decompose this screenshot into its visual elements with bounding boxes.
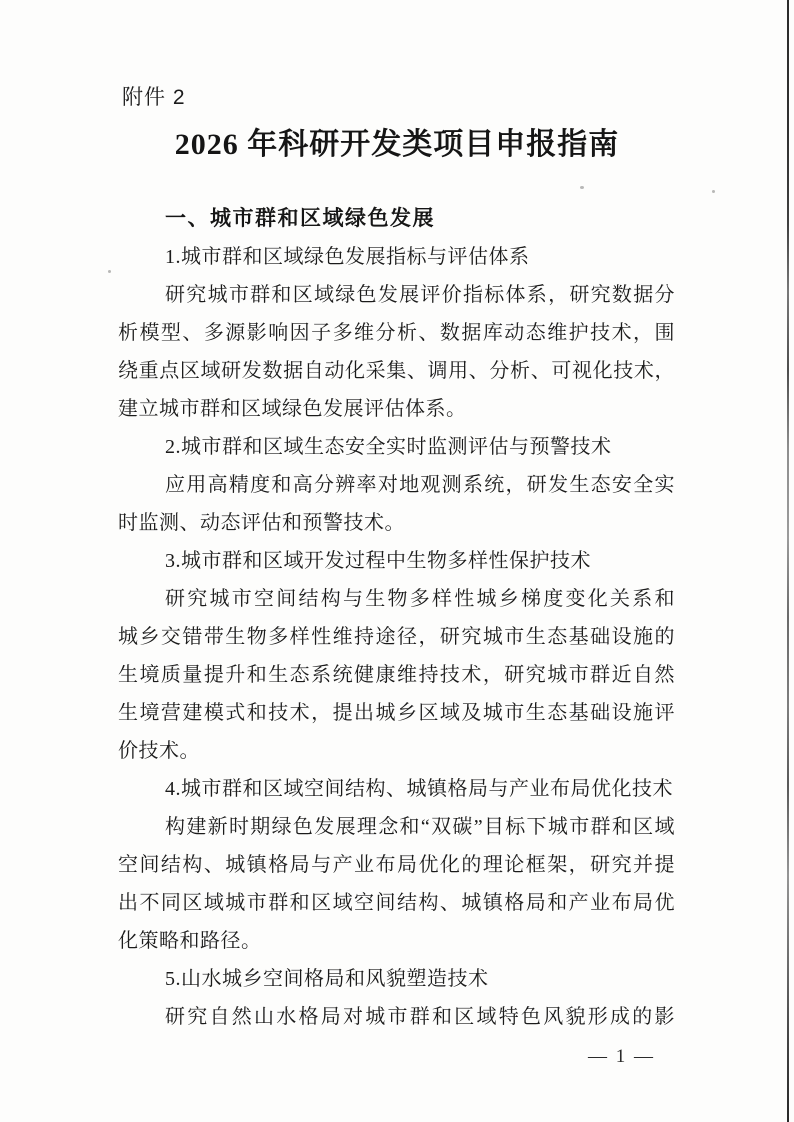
body-line: 研究自然山水格局对城市群和区域特色风貌形成的影 <box>118 998 675 1036</box>
attachment-label: 附件 2 <box>122 84 186 112</box>
body-line: 研究城市群和区域绿色发展评价指标体系，研究数据分 <box>118 276 675 314</box>
body-line: 绕重点区域研发数据自动化采集、调用、分析、可视化技术， <box>118 352 675 390</box>
scan-speck <box>712 190 715 193</box>
body-line: 时监测、动态评估和预警技术。 <box>118 504 675 542</box>
body-line: 研究城市空间结构与生物多样性城乡梯度变化关系和 <box>118 580 675 618</box>
body-line: 析模型、多源影响因子多维分析、数据库动态维护技术，围 <box>118 314 675 352</box>
body-line: 空间结构、城镇格局与产业布局优化的理论框架，研究并提 <box>118 846 675 884</box>
body-line: 生境营建模式和技术，提出城乡区域及城市生态基础设施评 <box>118 694 675 732</box>
scan-edge-artifact <box>787 0 789 1122</box>
body-line: 建立城市群和区域绿色发展评估体系。 <box>118 390 675 428</box>
item-heading: 4.城市群和区域空间结构、城镇格局与产业布局优化技术 <box>118 770 675 808</box>
section-heading: 一、城市群和区域绿色发展 <box>118 200 675 238</box>
page-number: — 1 — <box>118 1046 675 1068</box>
scan-speck <box>580 186 584 189</box>
body-line: 构建新时期绿色发展理念和“双碳”目标下城市群和区域 <box>118 808 675 846</box>
document-title: 2026 年科研开发类项目申报指南 <box>0 122 794 168</box>
item-heading: 1.城市群和区域绿色发展指标与评估体系 <box>118 238 675 276</box>
body-line: 应用高精度和高分辨率对地观测系统，研发生态安全实 <box>118 466 675 504</box>
item-heading: 2.城市群和区域生态安全实时监测评估与预警技术 <box>118 428 675 466</box>
item-heading: 5.山水城乡空间格局和风貌塑造技术 <box>118 960 675 998</box>
body-line: 出不同区域城市群和区域空间结构、城镇格局和产业布局优 <box>118 884 675 922</box>
item-heading: 3.城市群和区域开发过程中生物多样性保护技术 <box>118 542 675 580</box>
body-line: 价技术。 <box>118 732 675 770</box>
document-page: 附件 2 2026 年科研开发类项目申报指南 一、城市群和区域绿色发展1.城市群… <box>0 0 794 1122</box>
body-line: 生境质量提升和生态系统健康维持技术，研究城市群近自然 <box>118 656 675 694</box>
document-body: 一、城市群和区域绿色发展1.城市群和区域绿色发展指标与评估体系研究城市群和区域绿… <box>118 200 675 1036</box>
scan-speck <box>108 270 111 273</box>
body-line: 城乡交错带生物多样性维持途径，研究城市生态基础设施的 <box>118 618 675 656</box>
body-line: 化策略和路径。 <box>118 922 675 960</box>
